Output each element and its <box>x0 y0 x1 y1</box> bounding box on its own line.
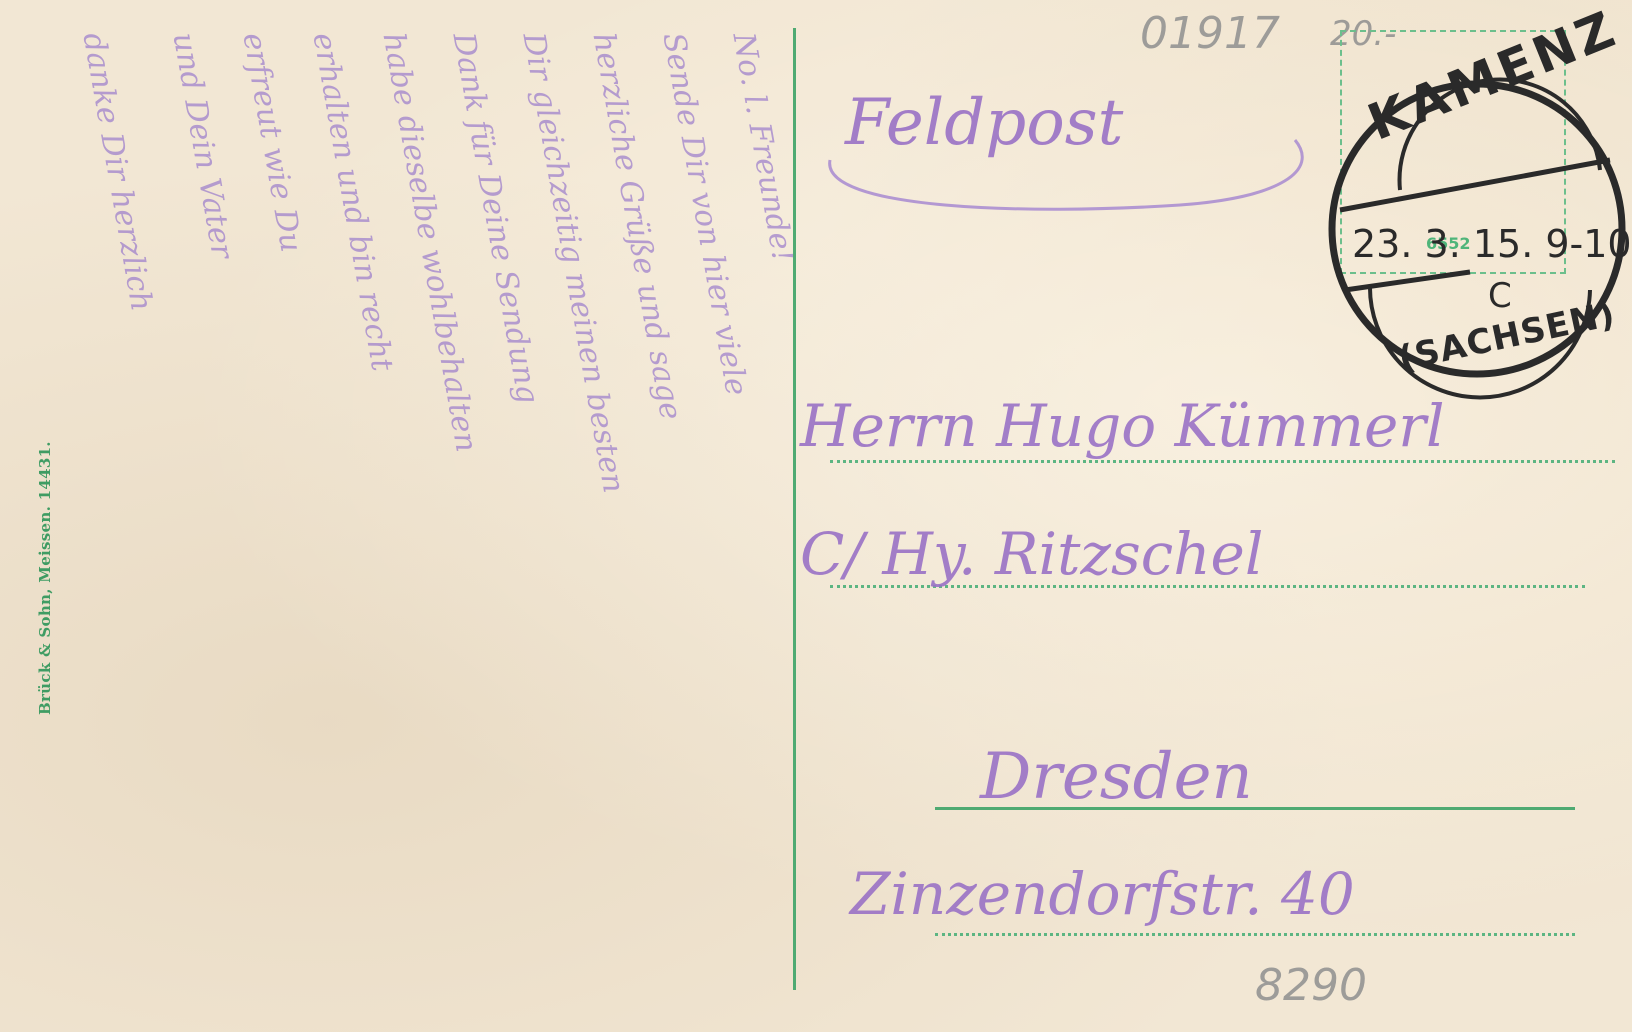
postmark-letter: C <box>1488 276 1512 316</box>
recipient-line-4: Zinzendorfstr. 40 <box>850 860 1355 928</box>
address-rule-4 <box>935 933 1575 936</box>
recipient-line-2: C/ Hy. Ritzschel <box>800 520 1263 588</box>
postcard-back: No. l. Freunde! Sende Dir von hier viele… <box>0 0 1632 1032</box>
postmark-date: 23. 3. 15. 9-10 N <box>1352 222 1632 266</box>
recipient-line-1: Herrn Hugo Kümmerl <box>800 392 1445 460</box>
address-rule-1 <box>830 460 1615 463</box>
recipient-line-3: Dresden <box>980 740 1253 814</box>
postmark <box>0 0 1632 1032</box>
